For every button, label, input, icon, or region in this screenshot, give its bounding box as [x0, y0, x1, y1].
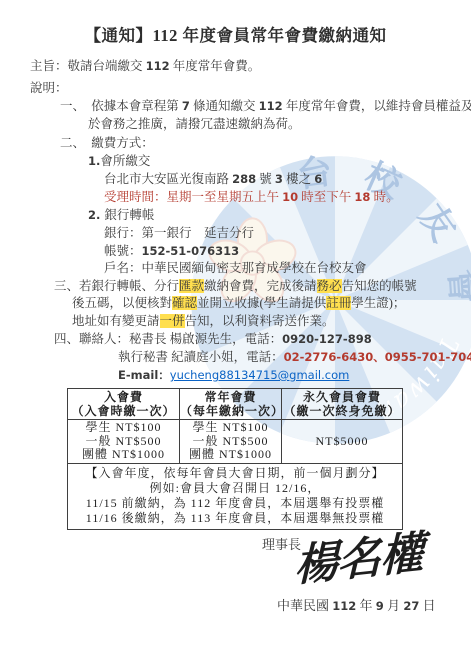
lifetime-fee-value: NT$5000: [282, 420, 403, 464]
fee-table-body-row: 學生 NT$100一般 NT$500團體 NT$1000 學生 NT$100一般…: [68, 420, 403, 464]
notice-document-page: 台 校 友 會 Taiwan 【通知】112 年度會員常年會費繳納通知 主旨：敬…: [0, 0, 471, 666]
item-2-heading: 二、 繳費方式：: [60, 136, 154, 150]
fee-table: 入會費（入會時繳一次） 常年會費（每年繳納一次） 永久會員會費（繳一次終身免繳）…: [67, 388, 403, 530]
bank-account-number: 帳號：152-51-076313: [104, 244, 239, 258]
item-3-line-1: 三、若銀行轉帳、分行匯款繳納會費，完成後請務必告知您的帳號: [54, 279, 417, 293]
chairman-signature: 楊名權: [294, 531, 422, 589]
document-date: 中華民國 112 年 9 月 27 日: [277, 599, 436, 614]
item-3-line-2: 後五碼，以便核對確認並開立收據(學生請提供註冊學生證)；: [72, 296, 405, 310]
contact-executive-secretary: 執行秘書 紀讀庭小姐，電話：02-2776-6430、0955-701-704: [118, 350, 471, 364]
fee-table-header-row: 入會費（入會時繳一次） 常年會費（每年繳納一次） 永久會員會費（繳一次終身免繳）: [68, 389, 403, 420]
explanation-label: 說明：: [30, 81, 68, 95]
notice-title: 【通知】112 年度會員常年會費繳納通知: [0, 27, 471, 46]
email-label: E-mail：: [118, 368, 170, 382]
office-address: 台北市大安區光復南路 288 號 3 樓之 6: [104, 172, 322, 186]
annual-fee-values: 學生 NT$100一般 NT$500團體 NT$1000: [180, 420, 282, 464]
header-entry-fee: 入會費（入會時繳一次）: [68, 389, 180, 420]
subject-line: 主旨：敬請台端繳交 112 年度常年會費。: [30, 59, 260, 73]
item-3-line-3: 地址如有變更請一併告知，以利資料寄送作業。: [72, 314, 335, 328]
contact-email-line: E-mail：yucheng88134715@gmail.com: [118, 368, 349, 382]
office-hours: 受理時間：星期一至星期五上午 10 時至下午 18 時。: [104, 190, 399, 204]
account-holder: 戶名：中華民國緬甸密支那育成學校在台校友會: [104, 261, 367, 275]
contact-secretary-general: 四、聯絡人：秘書長 楊啟源先生，電話：0920-127-898: [54, 332, 372, 346]
item-2-sub-1: 1.會所繳交: [88, 154, 150, 168]
header-lifetime-fee: 永久會員會費（繳一次終身免繳）: [282, 389, 403, 420]
fee-table-note-row: 【入會年度，依每年會員大會日期，前一個月劃分】 例如:會員大會召開日 12/16…: [68, 463, 403, 529]
item-1-line-2: 於會務之推廣，請撥冗盡速繳納為荷。: [88, 117, 301, 131]
bank-name: 銀行：第一銀行 延吉分行: [104, 226, 254, 240]
email-link[interactable]: yucheng88134715@gmail.com: [170, 368, 350, 382]
item-1-line-1: 一、 依據本會章程第 7 條通知繳交 112 年度常年會費，以維持會員權益及有利: [60, 99, 471, 113]
entry-fee-values: 學生 NT$100一般 NT$500團體 NT$1000: [68, 420, 180, 464]
item-2-sub-2: 2. 銀行轉帳: [88, 208, 154, 222]
membership-year-note: 【入會年度，依每年會員大會日期，前一個月劃分】 例如:會員大會召開日 12/16…: [68, 463, 403, 529]
header-annual-fee: 常年會費（每年繳納一次）: [180, 389, 282, 420]
